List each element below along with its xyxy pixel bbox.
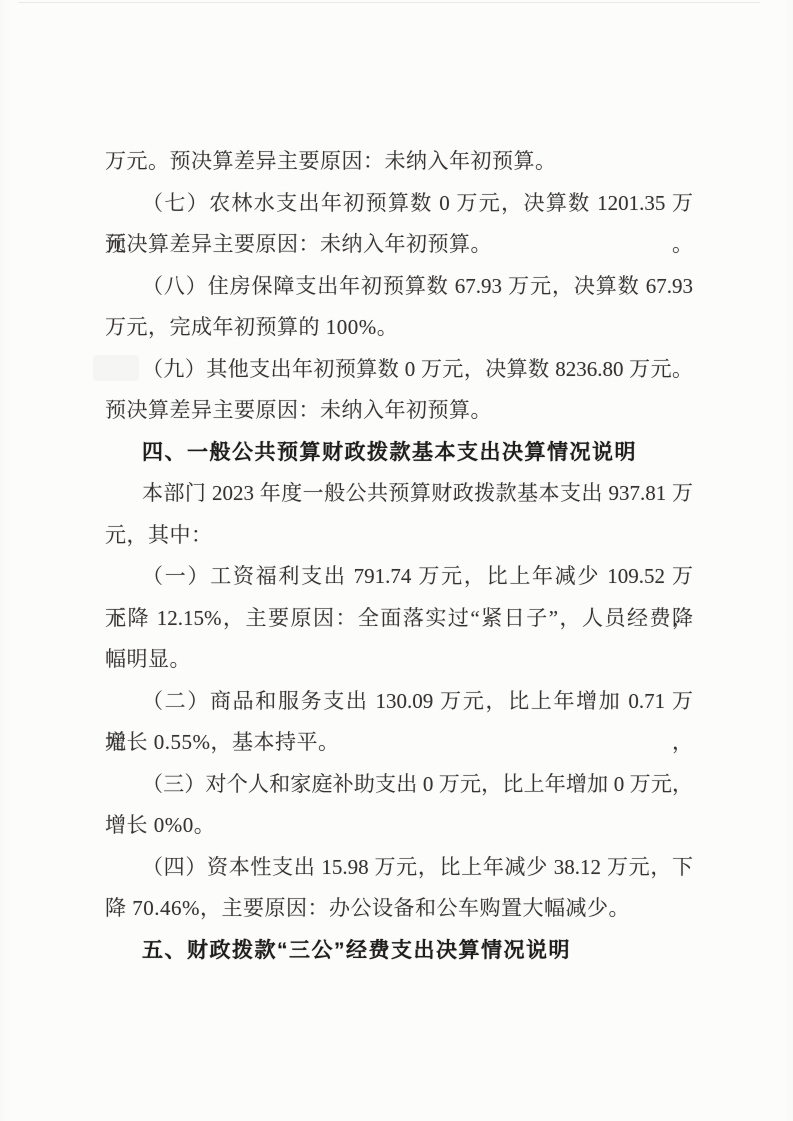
paragraph-line: 幅明显。: [105, 639, 693, 681]
text-block: 万元。预决算差异主要原因：未纳入年初预算。（七）农林水支出年初预算数 0 万元，…: [105, 141, 693, 971]
paragraph-line: 预决算差异主要原因：未纳入年初预算。: [105, 390, 693, 432]
paragraph-line: 下降 12.15%，主要原因：全面落实过“紧日子”，人员经费降: [105, 598, 693, 640]
paragraph-line: （二）商品和服务支出 130.09 万元，比上年增加 0.71 万元，: [105, 681, 693, 723]
paragraph-line: 元，其中：: [105, 515, 693, 557]
document-page: 万元。预决算差异主要原因：未纳入年初预算。（七）农林水支出年初预算数 0 万元，…: [0, 0, 793, 1121]
paragraph-line: （九）其他支出年初预算数 0 万元，决算数 8236.80 万元。: [105, 349, 693, 391]
paragraph-line: 本部门 2023 年度一般公共预算财政拨款基本支出 937.81 万: [105, 473, 693, 515]
paragraph-line: 降 70.46%，主要原因：办公设备和公车购置大幅减少。: [105, 888, 693, 930]
paragraph-line: 万元，完成年初预算的 100%。: [105, 307, 693, 349]
paragraph-line: （八）住房保障支出年初预算数 67.93 万元，决算数 67.93: [105, 266, 693, 308]
paragraph-line: （四）资本性支出 15.98 万元，比上年减少 38.12 万元，下: [105, 847, 693, 889]
paragraph-line: （三）对个人和家庭补助支出 0 万元，比上年增加 0 万元，: [105, 764, 693, 806]
paragraph-line: 增长 0%0。: [105, 805, 693, 847]
paragraph-line: （一）工资福利支出 791.74 万元，比上年减少 109.52 万元，: [105, 556, 693, 598]
scan-artifact-line: [18, 2, 760, 3]
section-heading: 四、一般公共预算财政拨款基本支出决算情况说明: [105, 432, 693, 474]
paragraph-line: 万元。预决算差异主要原因：未纳入年初预算。: [105, 141, 693, 183]
paragraph-line: （七）农林水支出年初预算数 0 万元，决算数 1201.35 万元。: [105, 183, 693, 225]
section-heading: 五、财政拨款“三公”经费支出决算情况说明: [105, 930, 693, 972]
